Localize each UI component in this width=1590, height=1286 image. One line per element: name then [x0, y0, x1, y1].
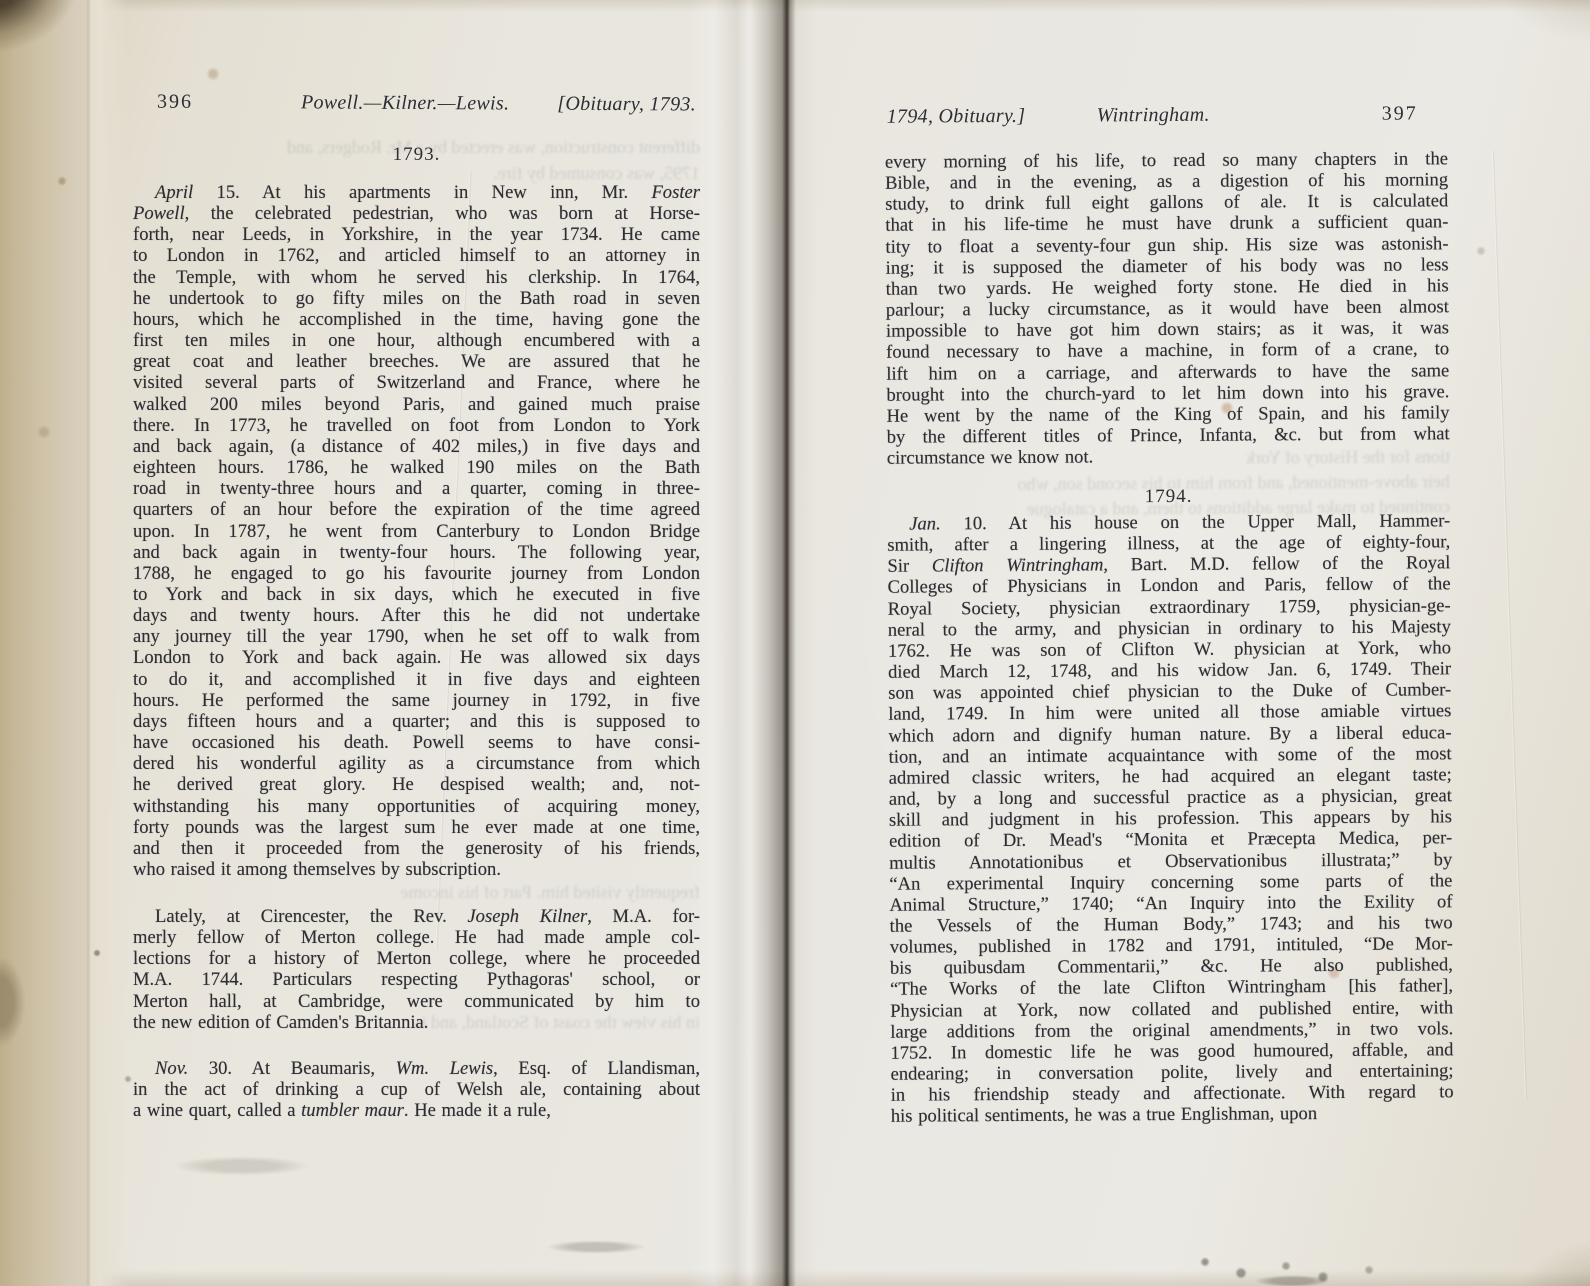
- text-line: days fifteen hours and a quarter; and th…: [133, 711, 700, 732]
- left-page: 396 Powell.—Kilner.—Lewis. [Obituary, 17…: [133, 0, 700, 1286]
- text-line: any journey till the year 1790, when he …: [133, 626, 700, 647]
- text-line: eighteen hours. 1786, he walked 190 mile…: [133, 457, 700, 478]
- text-line: days and twenty hours. After this he did…: [133, 605, 700, 626]
- obituary-paragraph-continuation-lewis: every morning of his life, to read so ma…: [885, 148, 1450, 469]
- left-header-label: [Obituary, 1793.: [557, 93, 696, 117]
- text-line: visited several parts of Switzerland and…: [133, 372, 700, 393]
- right-running-title: Wintringham.: [1097, 104, 1210, 128]
- obituary-paragraph-wm-lewis: Nov. 30. At Beaumaris, Wm. Lewis, Esq. o…: [133, 1058, 700, 1121]
- obituary-paragraph-foster-powell: April 15. At his apartments in New inn, …: [133, 182, 700, 880]
- left-page-number: 396: [157, 91, 193, 114]
- right-page-header: 1794, Obituary.] Wintringham. 397: [885, 102, 1448, 131]
- text-line: withstanding his many opportunities of a…: [133, 796, 700, 817]
- text-line: hours. He performed the same journey in …: [133, 690, 700, 711]
- text-line: have occasioned his death. Powell seems …: [133, 732, 700, 753]
- text-line: upon. In 1787, he went from Canterbury t…: [133, 521, 700, 542]
- text-line: to York and back in six days, which he e…: [133, 584, 700, 605]
- text-line: he undertook to go fifty miles on the Ba…: [133, 288, 700, 309]
- obituary-paragraph-joseph-kilner: Lately, at Cirencester, the Rev. Joseph …: [133, 906, 700, 1033]
- text-line: in the act of drinking a cup of Welsh al…: [133, 1079, 700, 1100]
- text-line: London to York and back again. He was al…: [133, 647, 700, 668]
- text-line: and then it proceeded from the generosit…: [133, 838, 700, 859]
- text-line: Merton hall, at Cambridge, were communic…: [133, 991, 700, 1012]
- text-line: the Temple, with whom he served his cler…: [133, 267, 700, 288]
- text-line: his political sentiments, he was a true …: [891, 1103, 1454, 1128]
- right-header-label: 1794, Obituary.]: [887, 105, 1026, 129]
- text-line: there. In 1773, he travelled on foot fro…: [133, 415, 700, 436]
- text-line: road in twenty-three hours and a quarter…: [133, 478, 700, 499]
- year-heading-1794: 1794.: [887, 484, 1450, 509]
- text-line: to London in 1762, and articled himself …: [133, 245, 700, 266]
- text-line: hours, which he accomplished in the time…: [133, 309, 700, 330]
- paper-crease-right: [1491, 150, 1527, 1100]
- text-line: circumstance we know not.: [887, 444, 1450, 469]
- text-line: frequently visited him. Part of his inco…: [133, 880, 700, 904]
- year-heading-1793: 1793.: [133, 144, 700, 166]
- text-line: first ten miles in one hour, although en…: [133, 330, 700, 351]
- text-line: the new edition of Camden's Britannia.: [133, 1012, 700, 1033]
- text-line: forty pounds was the largest sum he ever…: [133, 817, 700, 838]
- text-line: 1788, he engaged to go his favourite jou…: [133, 563, 700, 584]
- scanned-book-spread: 396 Powell.—Kilner.—Lewis. [Obituary, 17…: [0, 0, 1590, 1286]
- text-line: lections for a history of Merton college…: [133, 948, 700, 969]
- obituary-paragraph-clifton-wintringham: Jan. 10. At his house on the Upper Mall,…: [887, 510, 1454, 1127]
- text-line: and back again, (a distance of 402 miles…: [133, 436, 700, 457]
- left-running-title: Powell.—Kilner.—Lewis.: [301, 91, 509, 115]
- text-line: Powell, the celebrated pedestrian, who w…: [133, 203, 700, 224]
- text-line: to do it, and accomplished it in five da…: [133, 669, 700, 690]
- text-line: dered his wonderful agility as a circums…: [133, 753, 700, 774]
- text-line: he derived great glory. He despised weal…: [133, 774, 700, 795]
- text-line: in his friendship steady and affectionat…: [891, 1081, 1454, 1106]
- text-line: M.A. 1744. Particulars respecting Pythag…: [133, 969, 700, 990]
- text-line: walked 200 miles beyond Paris, and gaine…: [133, 394, 700, 415]
- book-gutter-fold: [688, 0, 888, 1286]
- text-line: a wine quart, called a tumbler maur. He …: [133, 1100, 700, 1121]
- text-line: by the different titles of Prince, Infan…: [887, 423, 1450, 448]
- bleedthrough-text-mid-left: frequently visited him. Part of his inco…: [133, 880, 700, 904]
- right-page-number: 397: [1382, 102, 1418, 125]
- right-page: 1794, Obituary.] Wintringham. 397 every …: [884, 0, 1455, 1286]
- text-line: who raised it among themselves by subscr…: [133, 859, 700, 880]
- text-line: and back again in twenty-four hours. The…: [133, 542, 700, 563]
- text-line: merly fellow of Merton college. He had m…: [133, 927, 700, 948]
- text-line: Lately, at Cirencester, the Rev. Joseph …: [133, 906, 700, 927]
- text-line: quarters of an hour before the expiratio…: [133, 499, 700, 520]
- text-line: April 15. At his apartments in New inn, …: [133, 182, 700, 203]
- left-page-header: 396 Powell.—Kilner.—Lewis. [Obituary, 17…: [133, 91, 700, 120]
- left-page-deckle-edge: [0, 0, 128, 1286]
- text-line: Nov. 30. At Beaumaris, Wm. Lewis, Esq. o…: [133, 1058, 700, 1079]
- text-line: forth, near Leeds, in Yorkshire, in the …: [133, 224, 700, 245]
- text-line: great coat and leather breeches. We are …: [133, 351, 700, 372]
